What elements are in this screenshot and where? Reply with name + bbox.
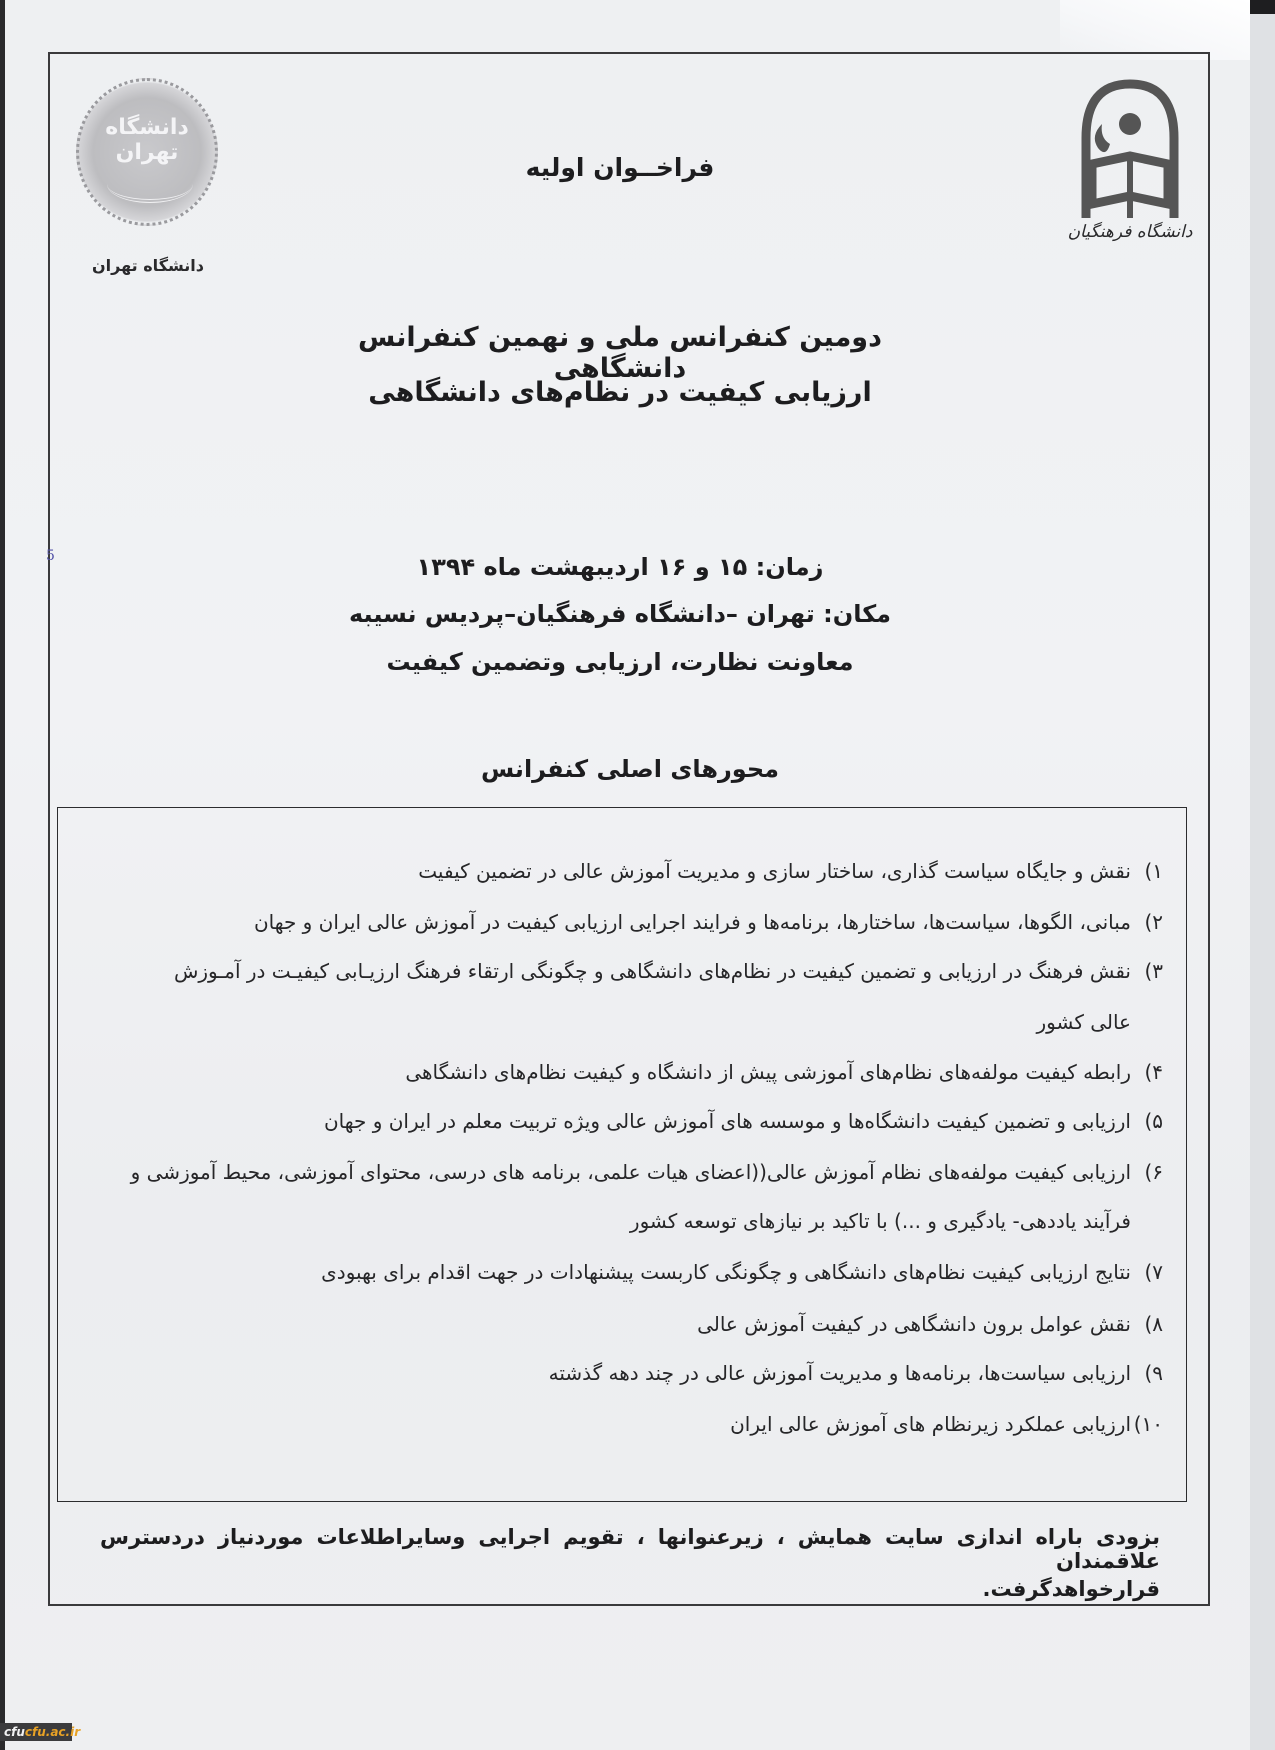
item-text: نقش فرهنگ در ارزیابی و تضمین کیفیت در نظ… xyxy=(174,959,1131,983)
watermark-site: cfu.ac.ir xyxy=(25,1725,80,1739)
farhangian-university-logo-icon xyxy=(1076,78,1184,228)
item-text: ارزیابی سیاست‌ها، برنامه‌ها و مدیریت آمو… xyxy=(549,1361,1131,1385)
list-item: ۱۰)ارزیابی عملکرد زیرنظام های آموزش عالی… xyxy=(103,1411,1163,1437)
footer-note-line-1: بزودی باراه اندازی سایت همایش ، زیرعنوان… xyxy=(100,1525,1160,1573)
call-title: فراخــوان اولیه xyxy=(320,153,920,182)
list-item: ۴)رابطه کیفیت مولفه‌های نظام‌های آموزشی … xyxy=(103,1059,1163,1085)
university-of-tehran-label: دانشگاه تهران xyxy=(80,256,216,275)
list-item: ۲)مبانی، الگوها، سیاست‌ها، ساختارها، برن… xyxy=(103,909,1163,935)
list-item: ۹)ارزیابی سیاست‌ها، برنامه‌ها و مدیریت آ… xyxy=(103,1360,1163,1386)
item-text: ارزیابی عملکرد زیرنظام های آموزش عالی ای… xyxy=(730,1412,1131,1436)
item-number: ۵) xyxy=(1131,1108,1163,1134)
footer-note-line-2: قرارخواهدگرفت. xyxy=(100,1577,1160,1601)
seal-text: دانشگاه تهران xyxy=(79,115,215,165)
item-text: رابطه کیفیت مولفه‌های نظام‌های آموزشی پی… xyxy=(405,1060,1131,1084)
wings-icon xyxy=(107,165,193,203)
farhangian-university-label: دانشگاه فرهنگیان xyxy=(1060,222,1200,242)
list-item: ۱)نقش و جایگاه سیاست گذاری، ساختار سازی … xyxy=(103,858,1163,884)
conference-title-line-2: ارزیابی کیفیت در نظام‌های دانشگاهی xyxy=(300,377,940,408)
item-number: ۲) xyxy=(1131,909,1163,935)
item-number: ۱۰) xyxy=(1131,1411,1163,1437)
item-text: ارزیابی و تضمین کیفیت دانشگاه‌ها و موسسه… xyxy=(324,1109,1131,1133)
site-watermark: cfucfu.ac.ir xyxy=(0,1723,72,1741)
university-of-tehran-seal-icon: دانشگاه تهران xyxy=(76,78,218,226)
item-number: ۱) xyxy=(1131,858,1163,884)
list-item: ۸)نقش عوامل برون دانشگاهی در کیفیت آموزش… xyxy=(103,1311,1163,1337)
conference-location: مکان: تهران –دانشگاه فرهنگیان–پردیس نسیب… xyxy=(330,600,910,628)
list-item-continuation: فرآیند یاددهی- یادگیری و ...) با تاکید ب… xyxy=(71,1208,1131,1234)
conference-title-line-1: دومین کنفرانس ملی و نهمین کنفرانس دانشگا… xyxy=(300,322,940,384)
conference-date: زمان: ۱۵ و ۱۶ اردیبهشت ماه ۱۳۹۴ xyxy=(330,553,910,581)
organizing-office: معاونت نظارت، ارزیابی وتضمین کیفیت xyxy=(330,648,910,676)
item-number: ۸) xyxy=(1131,1311,1163,1337)
item-number: ۹) xyxy=(1131,1360,1163,1386)
axes-heading: محورهای اصلی کنفرانس xyxy=(380,755,880,783)
list-item: ۳)نقش فرهنگ در ارزیابی و تضمین کیفیت در … xyxy=(103,958,1163,984)
item-text: مبانی، الگوها، سیاست‌ها، ساختارها، برنام… xyxy=(254,910,1131,934)
list-item: ۷)نتایج ارزیابی کیفیت نظام‌های دانشگاهی … xyxy=(103,1259,1163,1285)
list-item: ۶)ارزیابی کیفیت مولفه‌های نظام آموزش عال… xyxy=(103,1159,1163,1185)
item-text: ارزیابی کیفیت مولفه‌های نظام آموزش عالی(… xyxy=(131,1160,1131,1184)
item-text: نقش عوامل برون دانشگاهی در کیفیت آموزش ع… xyxy=(697,1312,1131,1336)
item-text: نتایج ارزیابی کیفیت نظام‌های دانشگاهی و … xyxy=(321,1260,1131,1284)
item-number: ۶) xyxy=(1131,1159,1163,1185)
item-text: نقش و جایگاه سیاست گذاری، ساختار سازی و … xyxy=(418,859,1131,883)
scan-margin xyxy=(1250,0,1275,1750)
item-number: ۳) xyxy=(1131,958,1163,984)
pen-mark: 5 xyxy=(46,548,55,564)
folded-corner xyxy=(1060,0,1250,60)
cfu-logo-icon: cfu xyxy=(4,1725,25,1739)
item-number: ۴) xyxy=(1131,1059,1163,1085)
list-item: ۵)ارزیابی و تضمین کیفیت دانشگاه‌ها و موس… xyxy=(103,1108,1163,1134)
list-item-continuation: عالی کشور xyxy=(71,1009,1131,1035)
item-number: ۷) xyxy=(1131,1259,1163,1285)
